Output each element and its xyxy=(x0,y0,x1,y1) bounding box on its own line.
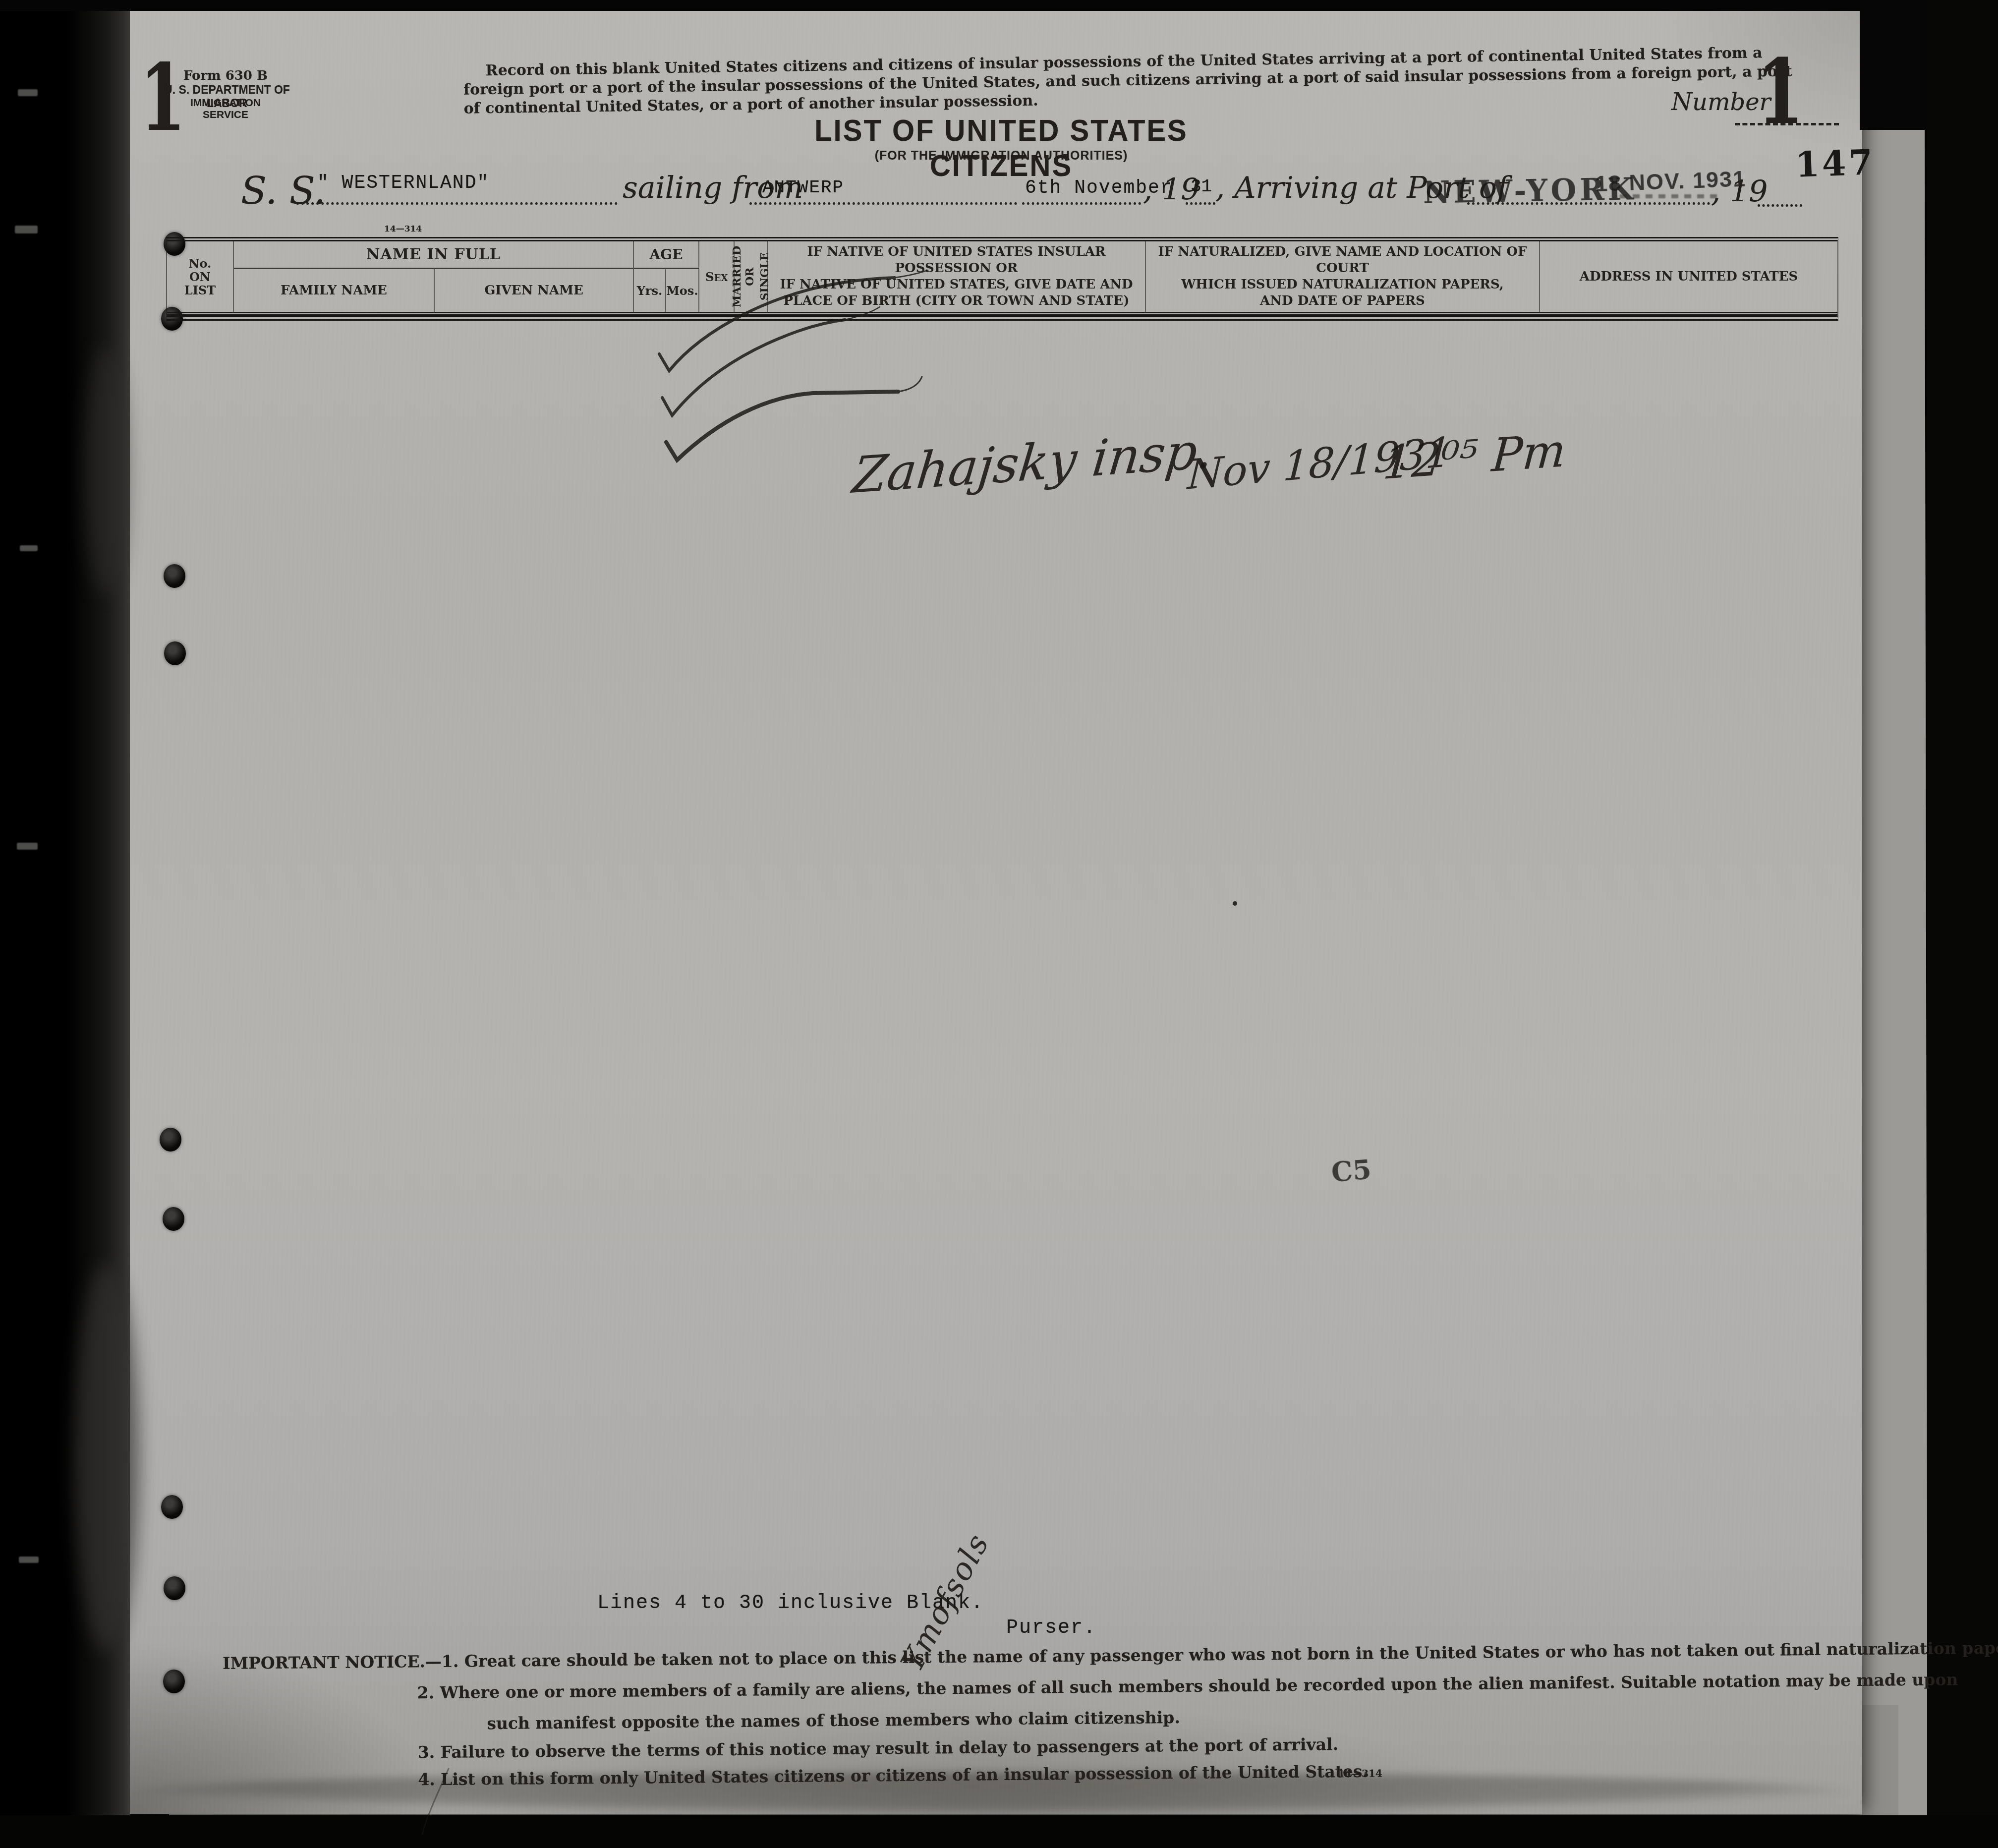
col-header-sex: Sex xyxy=(699,241,735,312)
form-code-top: 14—314 xyxy=(384,224,422,234)
form-subtitle: (FOR THE IMMIGRATION AUTHORITIES) xyxy=(848,149,1155,163)
ss-label: S. S. xyxy=(241,169,326,213)
film-edge-mark xyxy=(19,1557,39,1563)
form-number: Form 630 B xyxy=(171,68,280,83)
punch-hole xyxy=(163,1207,184,1231)
film-edge-mark xyxy=(20,545,38,551)
film-edge-mark xyxy=(18,89,38,96)
ship-name-blank-line xyxy=(296,202,618,205)
faded-stamp-second-line xyxy=(1620,194,1719,198)
sailing-date-blank-line xyxy=(1022,202,1141,205)
purser-label: Purser. xyxy=(1006,1617,1096,1639)
number-label: Number xyxy=(1671,88,1771,116)
form-code-bottom: 14—314 xyxy=(1338,1767,1382,1780)
photo-border-bottom xyxy=(0,1815,1998,1848)
c5-stamp: C5 xyxy=(1330,1154,1372,1188)
departure-blank-line xyxy=(749,202,1017,205)
ship-name: " WESTERNLAND" xyxy=(317,173,489,194)
punch-hole xyxy=(163,1670,185,1693)
form-service: IMMIGRATION SERVICE xyxy=(171,97,280,121)
film-edge-mark xyxy=(17,843,38,850)
year-right-blank-line xyxy=(1758,204,1802,207)
archival-number-stamp: 147 xyxy=(1795,141,1876,185)
departure-port: ANTWERP xyxy=(762,177,844,198)
punch-hole xyxy=(161,1495,183,1519)
col-header-married: MARRIED OR xyxy=(731,241,756,312)
col-header-name-in-full: NAME IN FULL xyxy=(234,241,634,269)
col-header-single: SINGLE xyxy=(758,252,771,300)
arrival-port-blank-line xyxy=(1467,202,1710,205)
spine-shadow-blob xyxy=(84,347,129,595)
passenger-table: No. ON LIST NAME IN FULL AGE FAMILY NAME… xyxy=(166,237,1838,321)
punch-hole xyxy=(164,641,186,665)
film-edge-mark xyxy=(15,226,38,233)
col-header-no-on-list: No. ON LIST xyxy=(167,241,234,312)
col-header-married-or-single: MARRIED OR SINGLE xyxy=(735,241,768,312)
punch-hole xyxy=(160,1128,181,1152)
punch-hole xyxy=(164,564,185,588)
spine-shadow-blob xyxy=(74,1264,139,1651)
punch-hole xyxy=(164,1576,185,1600)
col-header-yrs: Yrs. xyxy=(634,269,666,312)
year-blank-line xyxy=(1186,202,1215,205)
col-header-age: AGE xyxy=(634,241,699,269)
photo-border-right xyxy=(1927,0,1998,1848)
scanned-manifest-photo: { "stamps": { "page_number_left": "1", "… xyxy=(0,0,1998,1848)
ink-dot xyxy=(1233,901,1237,906)
col-header-address: ADDRESS IN UNITED STATES xyxy=(1540,241,1837,312)
col-header-given-name: GIVEN NAME xyxy=(435,269,634,312)
photo-border-top xyxy=(0,0,1998,11)
col-header-family-name: FAMILY NAME xyxy=(234,269,435,312)
page-number-stamp-right: 1 xyxy=(1757,40,1804,144)
col-header-naturalized: IF NATURALIZED, GIVE NAME AND LOCATION O… xyxy=(1146,241,1540,312)
sailing-year-typed: 31 xyxy=(1191,176,1212,197)
col-header-mos: Mos. xyxy=(666,269,699,312)
col-header-birth: IF NATIVE OF UNITED STATES INSULAR POSSE… xyxy=(768,241,1146,312)
table-header: No. ON LIST NAME IN FULL AGE FAMILY NAME… xyxy=(167,241,1837,316)
